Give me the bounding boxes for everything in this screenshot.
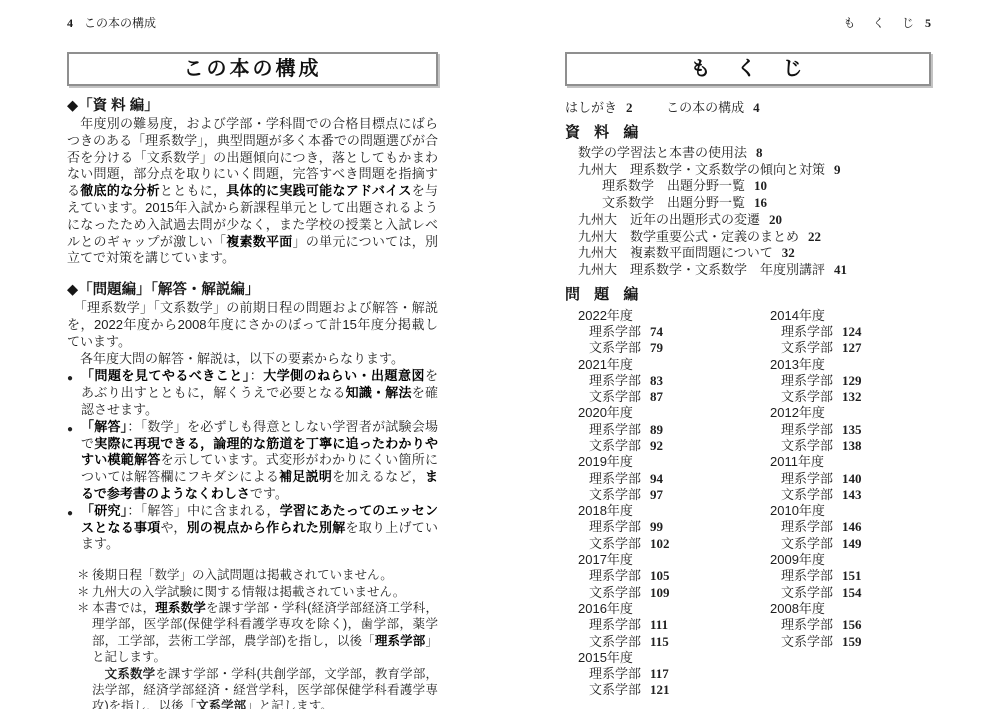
- toc-item-label: 理系数学 出題分野一覧: [602, 178, 745, 193]
- toc-entry-label: 文系学部: [589, 682, 641, 697]
- toc-year-group: 2017年度 理系学部105 文系学部109: [578, 552, 770, 601]
- toc-resource-item: 九州大 近年の出題形式の変遷20: [565, 212, 931, 229]
- toc-resource-item: 理系数学 出題分野一覧10: [565, 178, 931, 195]
- toc-entry-label: 理系学部: [589, 471, 641, 486]
- front-matter-label: はしがき: [565, 100, 617, 115]
- toc-entry: 文系学部87: [578, 389, 770, 405]
- toc-entry-label: 文系学部: [781, 340, 833, 355]
- toc-entry-page: 146: [842, 519, 862, 534]
- toc-entry-label: 文系学部: [781, 438, 833, 453]
- toc-entry: 文系学部121: [578, 682, 770, 698]
- toc-entry-label: 理系学部: [781, 471, 833, 486]
- toc-item-label: 九州大 数学重要公式・定義のまとめ: [578, 229, 799, 244]
- footnote-text: 本書では，理系数学を課す学部・学科(経済学部経済工学科，理学部，医学部(保健学科…: [92, 601, 438, 664]
- bullet-text: 「解答」：「数学」を必ずしも得意としない学習者が試験会場で実際に再現できる，論理…: [81, 419, 438, 501]
- toc-entry: 文系学部109: [578, 585, 770, 601]
- bullet-item: ● 「解答」：「数学」を必ずしも得意としない学習者が試験会場で実際に再現できる，…: [67, 419, 438, 503]
- toc-year-label: 2019年度: [578, 454, 770, 470]
- toc-year-group: 2011年度 理系学部140 文系学部143: [770, 454, 862, 503]
- toc-entry: 理系学部94: [578, 471, 770, 487]
- toc-year-label: 2022年度: [578, 308, 770, 324]
- footnote-continuation: 文系数学を課す学部・学科(共創学部，文学部，教育学部，法学部，経済学部経済・経営…: [67, 666, 438, 709]
- toc-part-heading-mondai: 問 題 編: [565, 285, 931, 305]
- toc-year-label: 2020年度: [578, 405, 770, 421]
- toc-year-label: 2021年度: [578, 357, 770, 373]
- toc-year-group: 2012年度 理系学部135 文系学部138: [770, 405, 862, 454]
- toc-year-group: 2009年度 理系学部151 文系学部154: [770, 552, 862, 601]
- toc-entry-label: 文系学部: [781, 389, 833, 404]
- toc-year-group: 2019年度 理系学部94 文系学部97: [578, 454, 770, 503]
- bullet-text: 「問題を見てやるべきこと」：大学側のねらい・出題意図をあぶり出すとともに，解くう…: [81, 368, 438, 417]
- toc-item-label: 九州大 複素数平面問題について: [578, 245, 773, 260]
- toc-entry-page: 89: [650, 422, 663, 437]
- toc-entry-label: 文系学部: [589, 340, 641, 355]
- front-matter-item: はしがき2: [565, 97, 633, 116]
- toc-year-column-right: 2014年度 理系学部124 文系学部127 2013年度 理系学部129 文系: [770, 308, 862, 699]
- toc-entry: 文系学部159: [770, 634, 862, 650]
- toc-entry-label: 文系学部: [589, 438, 641, 453]
- front-matter-page: 2: [626, 100, 633, 115]
- right-running-title: も く じ: [843, 16, 921, 30]
- toc-year-label: 2014年度: [770, 308, 862, 324]
- toc-entry-page: 143: [842, 487, 862, 502]
- left-running-head: 4この本の構成: [67, 14, 438, 30]
- toc-entry: 理系学部111: [578, 617, 770, 633]
- toc-entry-label: 文系学部: [781, 536, 833, 551]
- toc-entry-label: 文系学部: [589, 389, 641, 404]
- toc-resource-item: 九州大 複素数平面問題について32: [565, 245, 931, 262]
- toc-entry: 文系学部79: [578, 340, 770, 356]
- toc-entry-page: 102: [650, 536, 670, 551]
- toc-entry: 理系学部146: [770, 519, 862, 535]
- toc-entry-label: 理系学部: [589, 422, 641, 437]
- toc-part-heading-shiryo: 資 料 編: [565, 123, 931, 143]
- front-matter-row: はしがき2 この本の構成4: [565, 97, 931, 114]
- toc-entry-page: 154: [842, 585, 862, 600]
- footnote-text: 九州大の入学試験に関する情報は掲載されていません。: [92, 585, 405, 599]
- toc-entry-page: 115: [650, 634, 669, 649]
- toc-item-label: 九州大 近年の出題形式の変遷: [578, 212, 760, 227]
- footnote-marker: ＊: [77, 567, 90, 583]
- footnote-text: 後期日程「数学」の入試問題は掲載されていません。: [92, 568, 393, 582]
- toc-entry-page: 111: [650, 617, 668, 632]
- toc-year-label: 2016年度: [578, 601, 770, 617]
- toc-entry: 理系学部74: [578, 324, 770, 340]
- toc-entry: 文系学部115: [578, 634, 770, 650]
- footnote-marker: ＊: [77, 600, 90, 616]
- toc-year-group: 2013年度 理系学部129 文系学部132: [770, 357, 862, 406]
- toc-year-label: 2010年度: [770, 503, 862, 519]
- toc-entry-label: 理系学部: [781, 373, 833, 388]
- toc-entry-label: 理系学部: [781, 568, 833, 583]
- toc-item-page: 22: [808, 229, 821, 244]
- footnote-item: ＊ 本書では，理系数学を課す学部・学科(経済学部経済工学科，理学部，医学部(保健…: [67, 600, 438, 666]
- toc-entry: 理系学部83: [578, 373, 770, 389]
- toc-item-label: 文系数学 出題分野一覧: [602, 195, 745, 210]
- toc-year-group: 2022年度 理系学部74 文系学部79: [578, 308, 770, 357]
- toc-item-page: 9: [834, 162, 841, 177]
- toc-resource-item: 文系数学 出題分野一覧16: [565, 195, 931, 212]
- footnote-marker: ＊: [77, 584, 90, 600]
- toc-entry-page: 74: [650, 324, 663, 339]
- toc-entry: 文系学部138: [770, 438, 862, 454]
- left-running-title: この本の構成: [84, 16, 156, 30]
- toc-entry-label: 理系学部: [589, 324, 641, 339]
- section-heading-shiryo: ◆「資 料 編」: [67, 97, 438, 115]
- footnote-item: ＊ 後期日程「数学」の入試問題は掲載されていません。: [67, 567, 438, 583]
- toc-entry-label: 文系学部: [589, 536, 641, 551]
- toc-entry-page: 159: [842, 634, 862, 649]
- toc-entry: 理系学部129: [770, 373, 862, 389]
- toc-entry: 理系学部151: [770, 568, 862, 584]
- bullet-marker-icon: ●: [67, 422, 73, 439]
- toc-entry-page: 151: [842, 568, 862, 583]
- toc-year-group: 2008年度 理系学部156 文系学部159: [770, 601, 862, 650]
- toc-entry-page: 149: [842, 536, 862, 551]
- toc-entry-label: 理系学部: [781, 617, 833, 632]
- toc-entry-label: 理系学部: [589, 373, 641, 388]
- toc-entry-page: 156: [842, 617, 862, 632]
- toc-year-label: 2009年度: [770, 552, 862, 568]
- mondai-paragraph-1: 「理系数学」「文系数学」の前期日程の問題および解答・解説を，2022年度から20…: [67, 300, 438, 350]
- toc-entry: 理系学部135: [770, 422, 862, 438]
- toc-year-group: 2020年度 理系学部89 文系学部92: [578, 405, 770, 454]
- toc-item-label: 九州大 理系数学・文系数学 年度別講評: [578, 262, 825, 277]
- toc-year-label: 2015年度: [578, 650, 770, 666]
- bullet-list: ● 「問題を見てやるべきこと」：大学側のねらい・出題意図をあぶり出すとともに，解…: [67, 368, 438, 553]
- front-matter-page: 4: [753, 100, 760, 115]
- toc-entry-page: 109: [650, 585, 670, 600]
- toc-item-page: 8: [756, 145, 763, 160]
- bullet-item: ● 「問題を見てやるべきこと」：大学側のねらい・出題意図をあぶり出すとともに，解…: [67, 368, 438, 418]
- toc-entry-page: 135: [842, 422, 862, 437]
- toc-entry-label: 理系学部: [589, 617, 641, 632]
- toc-entry: 文系学部102: [578, 536, 770, 552]
- toc-entry: 文系学部143: [770, 487, 862, 503]
- right-page-number: 5: [925, 16, 931, 30]
- toc-entry-label: 文系学部: [781, 487, 833, 502]
- toc-entry: 理系学部89: [578, 422, 770, 438]
- toc-entry-page: 105: [650, 568, 670, 583]
- toc-year-group: 2014年度 理系学部124 文系学部127: [770, 308, 862, 357]
- toc-entry-page: 117: [650, 666, 669, 681]
- bullet-marker-icon: ●: [67, 371, 73, 388]
- toc-entry-page: 138: [842, 438, 862, 453]
- toc-resource-item: 数学の学習法と本書の使用法8: [565, 145, 931, 162]
- toc-entry: 文系学部97: [578, 487, 770, 503]
- toc-year-group: 2021年度 理系学部83 文系学部87: [578, 357, 770, 406]
- bullet-text: 「研究」：「解答」中に含まれる，学習にあたってのエッセンスとなる事項や，別の視点…: [81, 503, 438, 552]
- toc-entry: 文系学部127: [770, 340, 862, 356]
- toc-year-group: 2016年度 理系学部111 文系学部115: [578, 601, 770, 650]
- toc-entry-page: 83: [650, 373, 663, 388]
- section-heading-mondai: ◆「問題編」「解答・解説編」: [67, 281, 438, 299]
- toc-entry: 文系学部149: [770, 536, 862, 552]
- toc-entry-label: 理系学部: [781, 324, 833, 339]
- toc-entry-page: 129: [842, 373, 862, 388]
- toc-entry: 理系学部99: [578, 519, 770, 535]
- toc-entry: 理系学部117: [578, 666, 770, 682]
- toc-year-label: 2018年度: [578, 503, 770, 519]
- mondai-paragraph-2: 各年度大問の解答・解説は，以下の要素からなります。: [67, 351, 438, 368]
- toc-entry-page: 97: [650, 487, 663, 502]
- toc-entry-label: 理系学部: [589, 666, 641, 681]
- toc-year-label: 2017年度: [578, 552, 770, 568]
- toc-entry: 文系学部92: [578, 438, 770, 454]
- toc-entry: 理系学部140: [770, 471, 862, 487]
- bullet-marker-icon: ●: [67, 506, 73, 523]
- right-title-box: も く じ: [565, 52, 931, 86]
- toc-entry-page: 124: [842, 324, 862, 339]
- toc-item-label: 数学の学習法と本書の使用法: [578, 145, 747, 160]
- toc-entry-label: 文系学部: [589, 585, 641, 600]
- toc-year-group: 2010年度 理系学部146 文系学部149: [770, 503, 862, 552]
- front-matter-label: この本の構成: [666, 100, 744, 115]
- toc-entry: 理系学部105: [578, 568, 770, 584]
- toc-year-columns: 2022年度 理系学部74 文系学部79 2021年度 理系学部83 文系学部8: [565, 308, 931, 699]
- toc-resource-item: 九州大 理系数学・文系数学の傾向と対策9: [565, 162, 931, 179]
- toc-item-page: 41: [834, 262, 847, 277]
- toc-entry: 文系学部132: [770, 389, 862, 405]
- left-page-number: 4: [67, 16, 73, 30]
- toc-item-page: 32: [782, 245, 795, 260]
- toc-resource-item: 九州大 数学重要公式・定義のまとめ22: [565, 229, 931, 246]
- toc-entry-label: 文系学部: [589, 634, 641, 649]
- toc-entry-label: 文系学部: [781, 634, 833, 649]
- front-matter-item: この本の構成4: [666, 97, 760, 116]
- toc-entry-page: 140: [842, 471, 862, 486]
- right-page: も く じ5 も く じ はしがき2 この本の構成4 資 料 編 数学の学習法と…: [565, 0, 931, 699]
- toc-entry-label: 文系学部: [781, 585, 833, 600]
- toc-entry-label: 理系学部: [589, 568, 641, 583]
- toc-entry-page: 94: [650, 471, 663, 486]
- right-running-head: も く じ5: [565, 14, 931, 30]
- toc-entry-label: 理系学部: [781, 519, 833, 534]
- toc-entry-page: 99: [650, 519, 663, 534]
- footnote-list: ＊ 後期日程「数学」の入試問題は掲載されていません。 ＊ 九州大の入学試験に関す…: [67, 567, 438, 709]
- toc-resource-item: 九州大 理系数学・文系数学 年度別講評41: [565, 262, 931, 279]
- toc-year-label: 2011年度: [770, 454, 862, 470]
- shiryo-paragraph: 年度別の難易度，および学部・学科間での合格目標点にばらつきのある「理系数学」，典…: [67, 116, 438, 267]
- toc-entry-label: 理系学部: [781, 422, 833, 437]
- toc-entry-label: 文系学部: [589, 487, 641, 502]
- toc-resource-list: 数学の学習法と本書の使用法8 九州大 理系数学・文系数学の傾向と対策9 理系数学…: [565, 145, 931, 279]
- left-title-box-label: この本の構成: [184, 58, 322, 80]
- bullet-item: ● 「研究」：「解答」中に含まれる，学習にあたってのエッセンスとなる事項や，別の…: [67, 503, 438, 553]
- left-title-box: この本の構成: [67, 52, 438, 86]
- toc-year-group: 2015年度 理系学部117 文系学部121: [578, 650, 770, 699]
- footnote-item: ＊ 九州大の入学試験に関する情報は掲載されていません。: [67, 584, 438, 600]
- toc-item-page: 20: [769, 212, 782, 227]
- toc-item-label: 九州大 理系数学・文系数学の傾向と対策: [578, 162, 825, 177]
- toc-entry-label: 理系学部: [589, 519, 641, 534]
- toc-year-label: 2008年度: [770, 601, 862, 617]
- toc-year-group: 2018年度 理系学部99 文系学部102: [578, 503, 770, 552]
- toc-year-label: 2012年度: [770, 405, 862, 421]
- toc-year-column-left: 2022年度 理系学部74 文系学部79 2021年度 理系学部83 文系学部8: [565, 308, 770, 699]
- toc-entry-page: 87: [650, 389, 663, 404]
- left-page: 4この本の構成 この本の構成 ◆「資 料 編」 年度別の難易度，および学部・学科…: [67, 0, 438, 709]
- toc-entry: 理系学部156: [770, 617, 862, 633]
- toc-entry: 理系学部124: [770, 324, 862, 340]
- toc-entry-page: 132: [842, 389, 862, 404]
- toc-entry-page: 79: [650, 340, 663, 355]
- toc-year-label: 2013年度: [770, 357, 862, 373]
- toc-item-page: 16: [754, 195, 767, 210]
- toc-entry-page: 127: [842, 340, 862, 355]
- toc-item-page: 10: [754, 178, 767, 193]
- right-title-box-label: も く じ: [691, 58, 806, 80]
- toc-entry: 文系学部154: [770, 585, 862, 601]
- toc-entry-page: 121: [650, 682, 670, 697]
- toc-entry-page: 92: [650, 438, 663, 453]
